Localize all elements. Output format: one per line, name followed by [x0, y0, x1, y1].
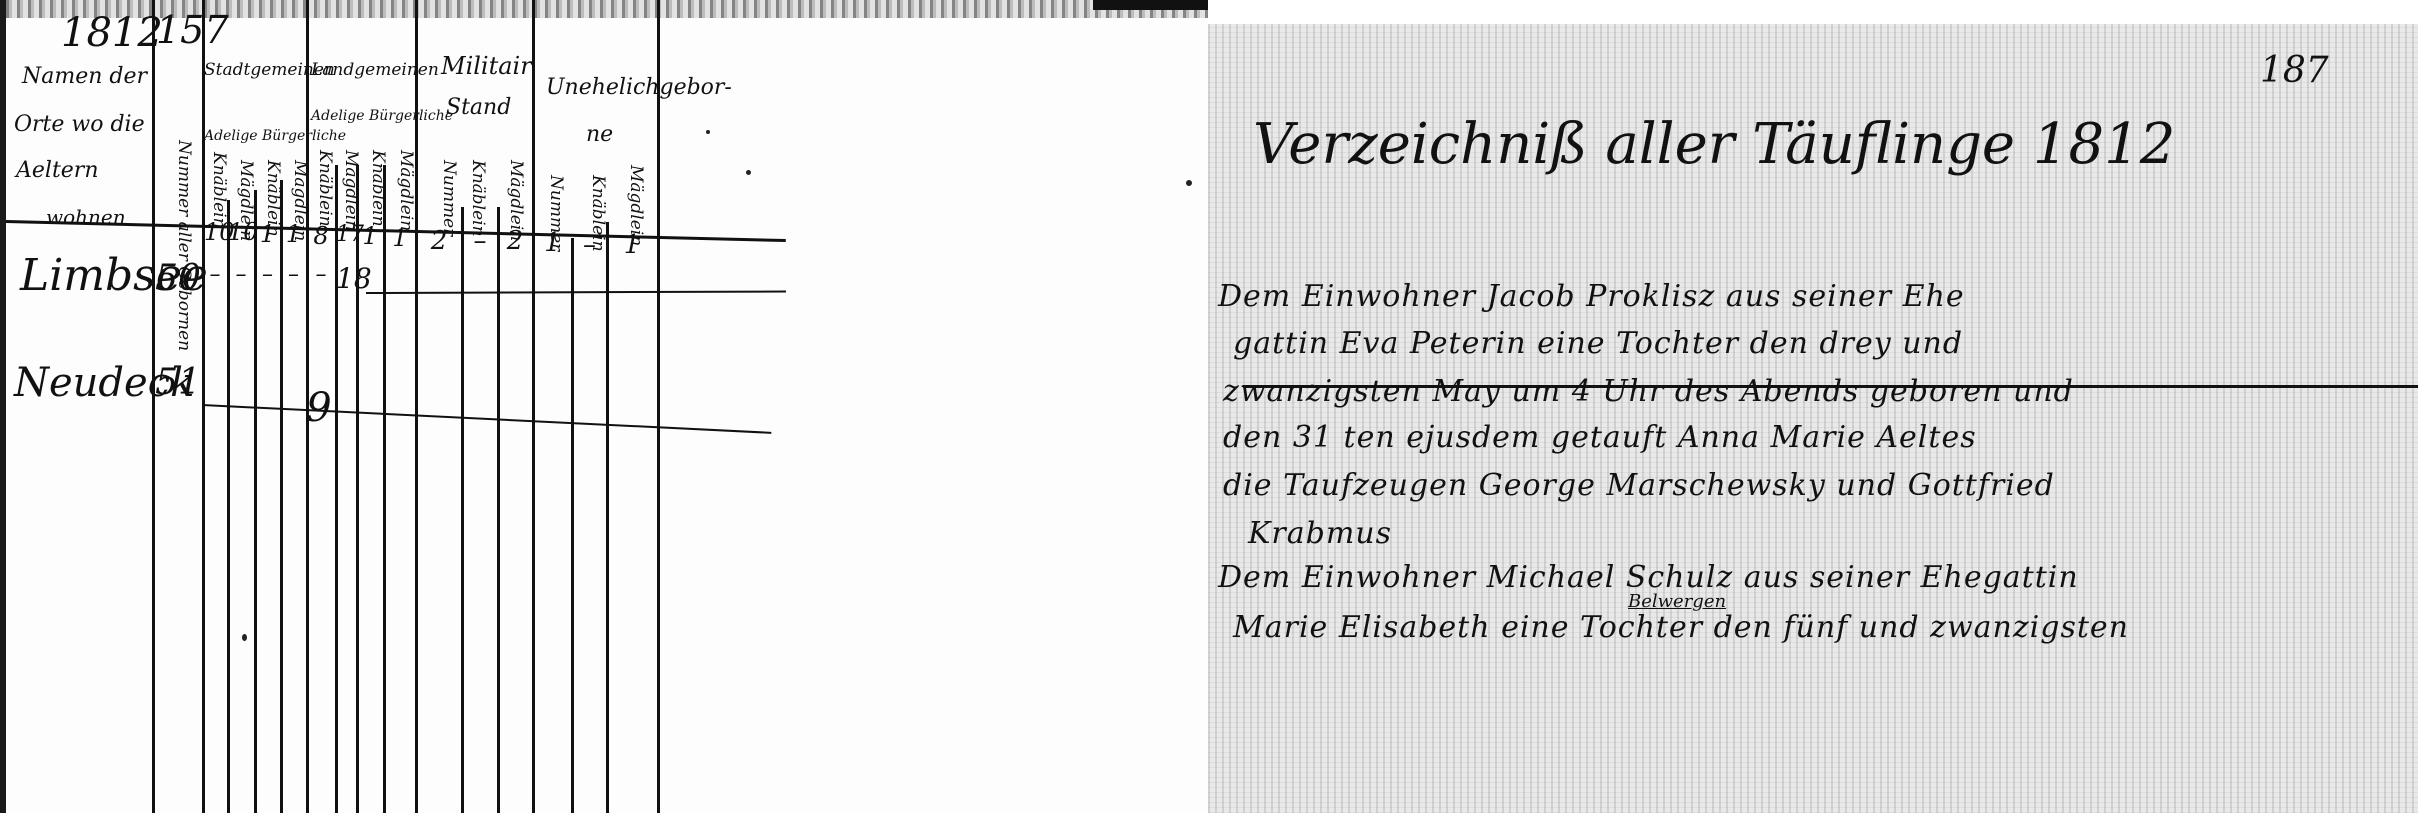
entry-cell: –: [281, 262, 306, 287]
scan-margin: [1208, 0, 2418, 24]
year-label: 1812: [61, 10, 163, 56]
total-cell: 10: [204, 218, 226, 246]
paper-speck: [242, 634, 247, 641]
birth-number-cell: 51: [154, 362, 202, 403]
total-cell: 2: [499, 226, 531, 256]
country-parishes-header: Landgemeinen: [311, 60, 439, 80]
entry-line: den 31 ten ejusdem getauft Anna Marie Ae…: [1223, 420, 1977, 455]
noble-burgher-header-city: Adelige Bürgerliche: [204, 128, 346, 144]
total-cell: 1: [534, 228, 571, 258]
scan-shadow: [1093, 0, 1208, 10]
total-cell: 1: [255, 220, 280, 248]
military-header-line2: Stand: [446, 95, 511, 120]
marginal-annotation: Belwergen: [1628, 591, 1726, 612]
birth-number-cell: 50: [154, 258, 202, 299]
entry-cell: –: [204, 262, 226, 287]
subcolumn-rule: [497, 207, 500, 813]
entry-line: Dem Einwohner Jacob Proklisz aus seiner …: [1218, 279, 1965, 314]
total-cell: 1: [281, 220, 306, 248]
subcolumn-rule: [227, 200, 230, 813]
column-rule: [532, 0, 535, 813]
entry-line: zwanzigsten May um 4 Uhr des Abends gebo…: [1223, 374, 2074, 409]
paper-speck: [746, 170, 751, 175]
entry-line: gattin Eva Peterin eine Tochter den drey…: [1233, 326, 1963, 361]
military-header-line1: Militair: [441, 52, 532, 80]
paper-speck: [1186, 180, 1192, 186]
subcolumn-rule: [383, 165, 386, 813]
left-register-page: 1812 157 Namen der Orte wo die Aeltern w…: [0, 0, 1208, 813]
total-cell: 8: [308, 222, 334, 250]
entry-cell: –: [308, 262, 334, 287]
subcolumn-rule: [606, 222, 609, 813]
noble-burgher-header-country: Adelige Bürgerliche: [311, 108, 453, 124]
column-rule: [202, 0, 205, 813]
column-rule: [657, 0, 660, 813]
entry-line: Dem Einwohner Michael Schulz aus seiner …: [1218, 560, 2079, 595]
entry-line: Marie Elisabeth eine Tochter den fünf un…: [1233, 610, 2129, 645]
total-cell: –: [573, 230, 606, 260]
total-cell: 1: [386, 224, 414, 252]
entry-cell: 9: [302, 385, 336, 431]
place-header-line3: Aeltern: [16, 158, 99, 183]
right-register-page: 187 Verzeichniß aller Täuflinge 1812 Dem…: [1208, 24, 2418, 813]
place-header-line1: Namen der: [22, 64, 147, 89]
column-rule: [415, 0, 418, 813]
total-cell: 1: [608, 230, 656, 260]
subcolumn-rule: [571, 238, 574, 813]
subcolumn-rule: [461, 207, 464, 813]
total-cell: –: [463, 226, 497, 256]
row-separator-stroke: [366, 291, 786, 294]
entry-cell: 18: [336, 262, 358, 295]
row-separator-stroke: [202, 404, 771, 434]
paper-speck: [706, 130, 710, 134]
place-header-line2: Orte wo die: [14, 112, 145, 137]
entry-cell: –: [255, 262, 280, 287]
total-cell: 17: [336, 222, 356, 247]
page-number: 187: [2260, 50, 2329, 91]
total-cell: 2: [417, 226, 461, 256]
illegitimate-header-line1: Unehelichgebor-: [546, 75, 732, 100]
entry-line: Krabmus: [1248, 516, 1392, 551]
total-cell: 1: [357, 222, 383, 250]
column-rule: [152, 0, 155, 813]
page-title: Verzeichniß aller Täuflinge 1812: [1253, 112, 2175, 177]
page-number: 157: [156, 8, 229, 52]
illegitimate-header-line2: ne: [586, 122, 613, 147]
entry-line: die Taufzeugen George Marschewsky und Go…: [1223, 468, 2055, 503]
entry-cell: –: [228, 262, 254, 287]
total-cell: 10: [228, 218, 254, 246]
